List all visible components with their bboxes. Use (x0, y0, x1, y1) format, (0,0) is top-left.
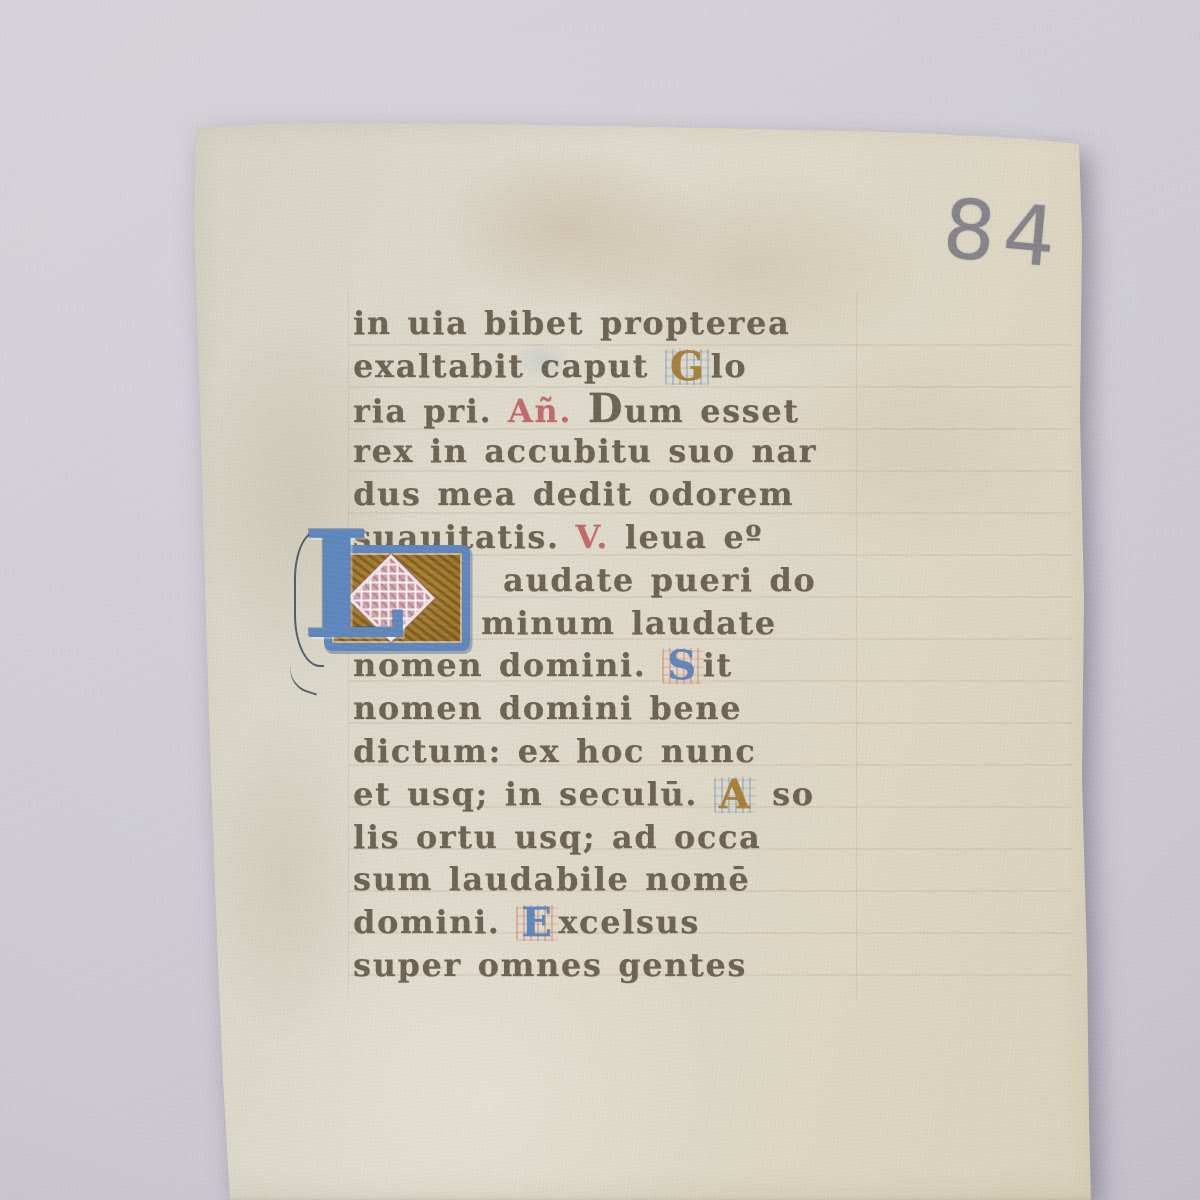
text-line: et usq; in seculū. A so (353, 773, 873, 816)
text-segment: et usq; in seculū. (353, 775, 714, 813)
text-line: in uia bibet propterea (353, 302, 873, 345)
text-line: domini. Excelsus (353, 901, 873, 944)
text-segment: xcelsus (558, 903, 700, 941)
text-segment: so (756, 775, 814, 813)
text-line: nomen domini bene (353, 687, 873, 730)
rubric-segment: Añ. (508, 392, 588, 430)
text-line: dictum: ex hoc nunc (353, 730, 873, 773)
decorated-initial: E (516, 905, 558, 941)
text-segment: ria pri. (353, 392, 508, 430)
text-line: super omnes gentes (353, 944, 873, 987)
text-segment: dictum: ex hoc nunc (353, 732, 756, 770)
text-line: ria pri. Añ. Dum esset (353, 388, 873, 431)
text-line: rex in accubitu suo nar (353, 430, 873, 473)
text-segment: it (703, 646, 733, 684)
text-segment: nomen domini bene (353, 689, 742, 727)
text-segment: rex in accubitu suo nar (353, 432, 817, 470)
text-block: L in uia bibet proptereaexaltabit caput … (353, 302, 873, 987)
text-segment: domini. (353, 903, 516, 941)
leaf-shadow-wrap: 84 L in uia bibet proptereaexaltabit cap… (190, 118, 1096, 1200)
decorated-initial: S (662, 648, 703, 684)
decorated-initial: A (714, 777, 757, 813)
photo-backdrop: 84 L in uia bibet proptereaexaltabit cap… (0, 0, 1200, 1200)
text-segment: audate pueri do (503, 561, 816, 599)
text-segment: lis ortu usq; ad occa (353, 818, 761, 856)
text-segment: leua eº (625, 518, 763, 556)
decorated-initial: G (665, 349, 711, 385)
illuminated-initial-L: L (310, 545, 472, 651)
text-line: lis ortu usq; ad occa (353, 816, 873, 859)
decorated-initial: D (588, 385, 624, 432)
text-line: dus mea dedit odorem (353, 473, 873, 516)
text-segment: minum laudate (481, 604, 777, 642)
text-segment: super omnes gentes (353, 946, 747, 984)
initial-letter: L (302, 511, 408, 659)
text-segment: in uia bibet propterea (353, 304, 790, 342)
folio-number-pencil: 84 (937, 182, 1097, 315)
text-segment: dus mea dedit odorem (353, 475, 794, 513)
text-segment: um esset (624, 392, 800, 430)
text-segment: sum laudabile nomē (353, 860, 750, 898)
manuscript-leaf: 84 L in uia bibet proptereaexaltabit cap… (190, 118, 1096, 1200)
rubric-segment: V. (575, 518, 624, 556)
text-line: sum laudabile nomē (353, 858, 873, 901)
text-segment: exaltabit caput (353, 347, 665, 385)
text-line: exaltabit caput Glo (353, 345, 873, 388)
text-segment: lo (710, 347, 747, 385)
